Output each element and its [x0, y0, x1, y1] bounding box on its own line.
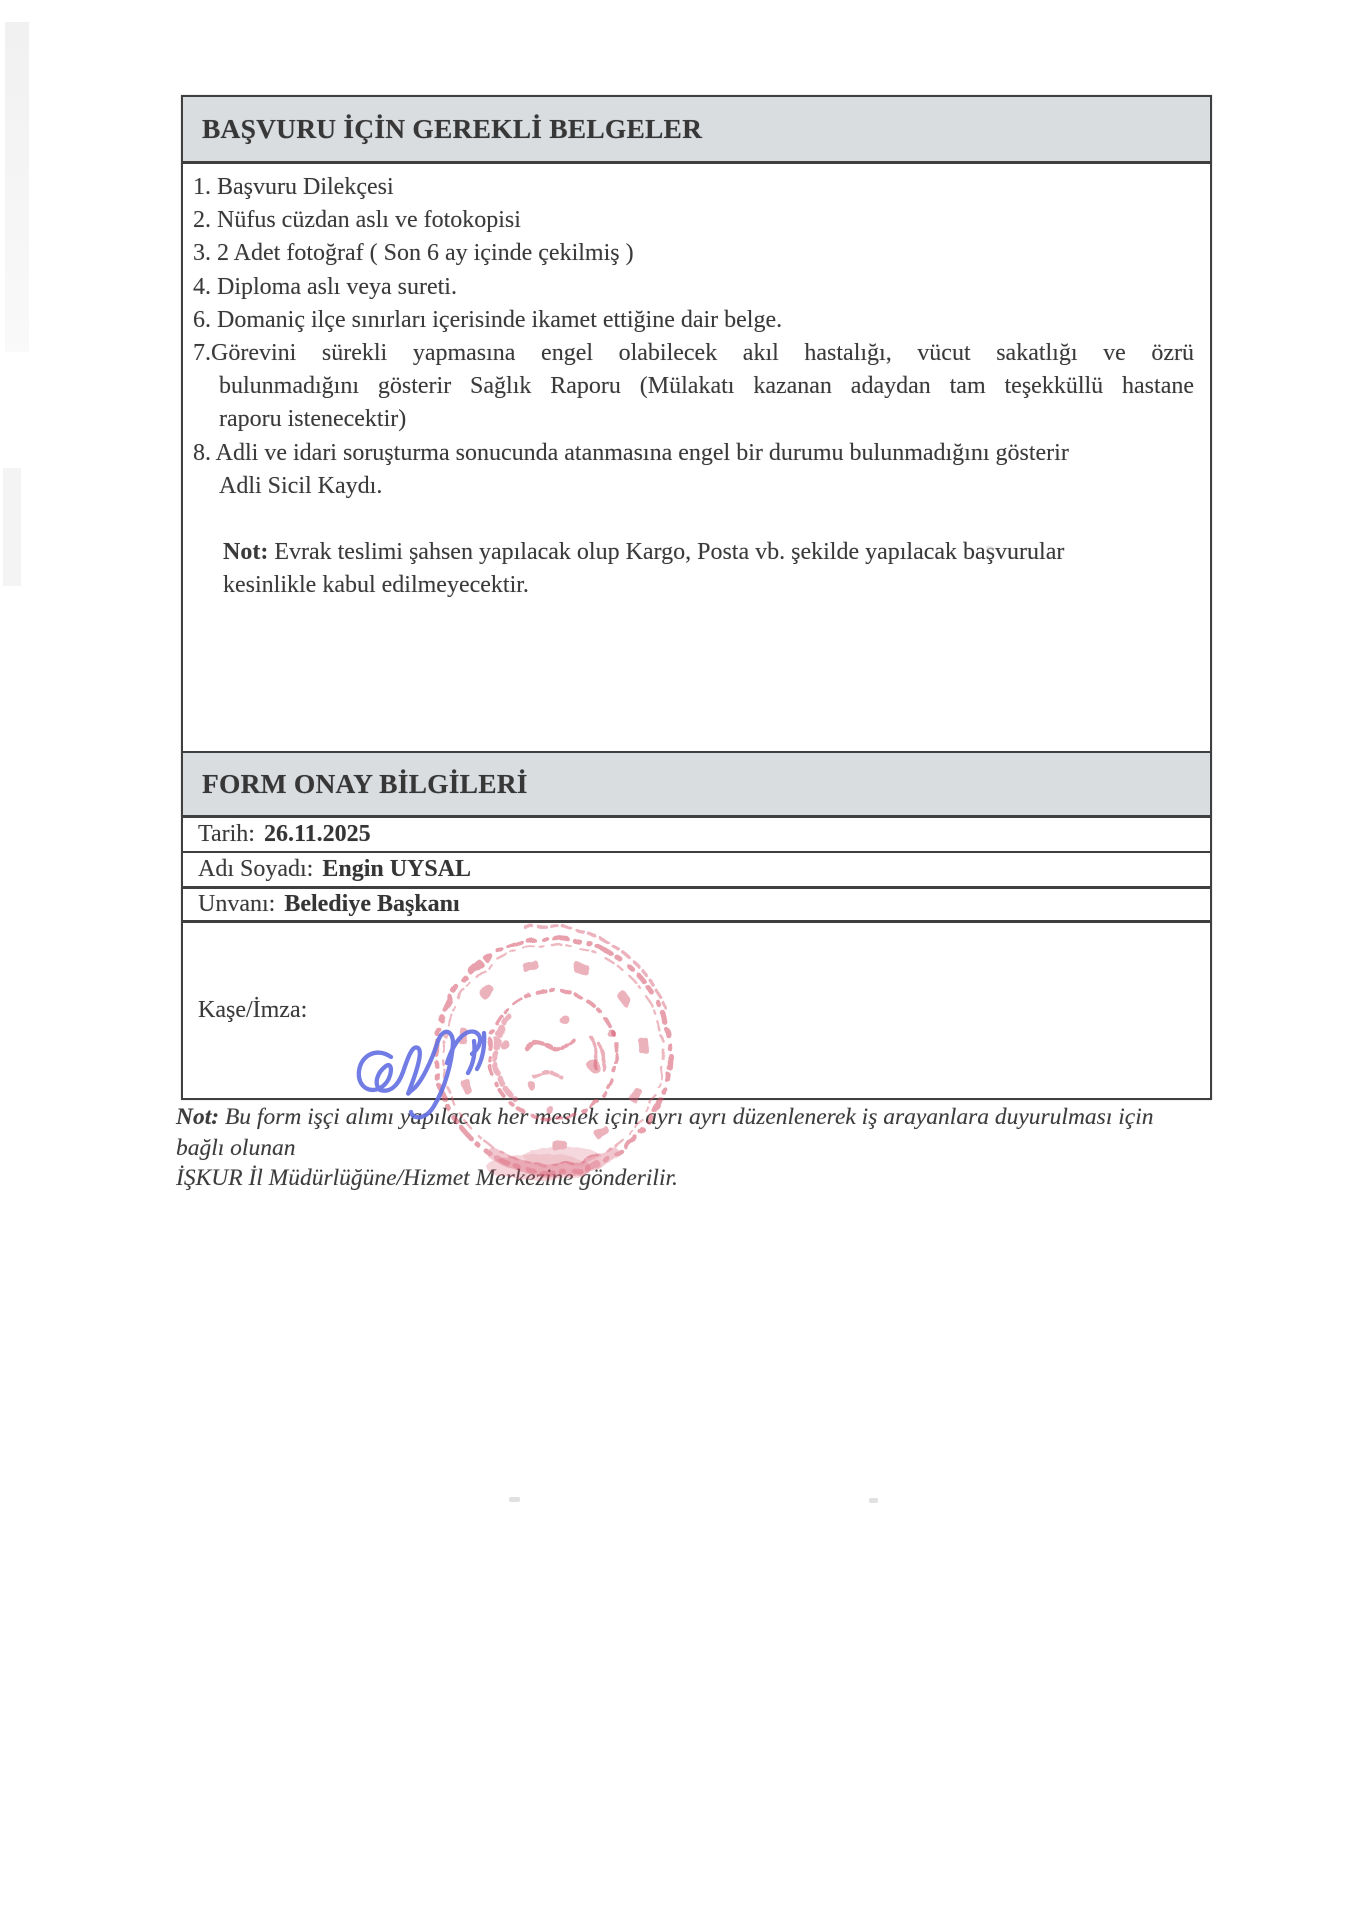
scan-speck: [986, 546, 993, 550]
doc-item-8-line-1: 8. Adli ve idari soruşturma sonucunda at…: [193, 437, 1194, 470]
date-value: 26.11.2025: [264, 821, 371, 848]
scan-speck: [509, 1497, 520, 1502]
name-label: Adı Soyadı:: [198, 856, 313, 883]
name-value: Engin UYSAL: [322, 856, 471, 883]
approval-title: FORM ONAY BİLGİLERİ: [202, 768, 528, 800]
delivery-note-line-2: kesinlikle kabul edilmeyecektir.: [223, 572, 529, 598]
doc-item-1: 1. Başvuru Dilekçesi: [193, 171, 1194, 204]
footer-note-label: Not:: [176, 1104, 219, 1130]
scanned-form-page: BAŞVURU İÇİN GEREKLİ BELGELER 1. Başvuru…: [0, 0, 1358, 1920]
delivery-note: Not: Evrak teslimi şahsen yapılacak olup…: [193, 536, 1194, 602]
doc-item-8-line-2: Adli Sicil Kaydı.: [193, 470, 1194, 503]
date-label: Tarih:: [198, 821, 255, 848]
title-label: Unvanı:: [198, 891, 275, 918]
required-docs-title: BAŞVURU İÇİN GEREKLİ BELGELER: [202, 113, 702, 145]
scan-artifact-strip: [5, 22, 29, 352]
required-docs-body: 1. Başvuru Dilekçesi 2. Nüfus cüzdan asl…: [183, 164, 1210, 751]
approval-row-date: Tarih: 26.11.2025: [183, 818, 1210, 853]
doc-item-7-line-1: 7.Görevini sürekli yapmasına engel olabi…: [193, 337, 1194, 370]
required-docs-header-bar: BAŞVURU İÇİN GEREKLİ BELGELER: [183, 97, 1210, 164]
doc-item-7-line-2: bulunmadığını gösterir Sağlık Raporu (Mü…: [193, 370, 1194, 403]
doc-item-7-line-3: raporu istenecektir): [193, 403, 1194, 436]
doc-item-3: 3. 2 Adet fotoğraf ( Son 6 ay içinde çek…: [193, 237, 1194, 270]
doc-item-6: 6. Domaniç ilçe sınırları içerisinde ika…: [193, 304, 1194, 337]
footer-note: Not: Bu form işçi alımı yapılacak her me…: [176, 1102, 1188, 1194]
scan-speck: [869, 1498, 878, 1503]
approval-row-title: Unvanı: Belediye Başkanı: [183, 889, 1210, 923]
delivery-note-line-1: Evrak teslimi şahsen yapılacak olup Karg…: [274, 539, 1064, 565]
doc-item-4: 4. Diploma aslı veya sureti.: [193, 271, 1194, 304]
title-value: Belediye Başkanı: [284, 891, 459, 918]
delivery-note-label: Not:: [223, 539, 268, 565]
scan-artifact-strip: [3, 468, 21, 586]
form-table: BAŞVURU İÇİN GEREKLİ BELGELER 1. Başvuru…: [181, 95, 1212, 1100]
approval-row-name: Adı Soyadı: Engin UYSAL: [183, 853, 1210, 889]
stamp-signature-label: Kaşe/İmza:: [198, 997, 307, 1024]
footer-note-line-1: Bu form işçi alımı yapılacak her meslek …: [176, 1104, 1153, 1161]
footer-note-line-2: İŞKUR İl Müdürlüğüne/Hizmet Merkezine gö…: [176, 1165, 678, 1191]
doc-item-2: 2. Nüfus cüzdan aslı ve fotokopisi: [193, 204, 1194, 237]
approval-row-stamp-signature: Kaşe/İmza:: [183, 923, 1210, 1098]
approval-header-bar: FORM ONAY BİLGİLERİ: [183, 751, 1210, 818]
